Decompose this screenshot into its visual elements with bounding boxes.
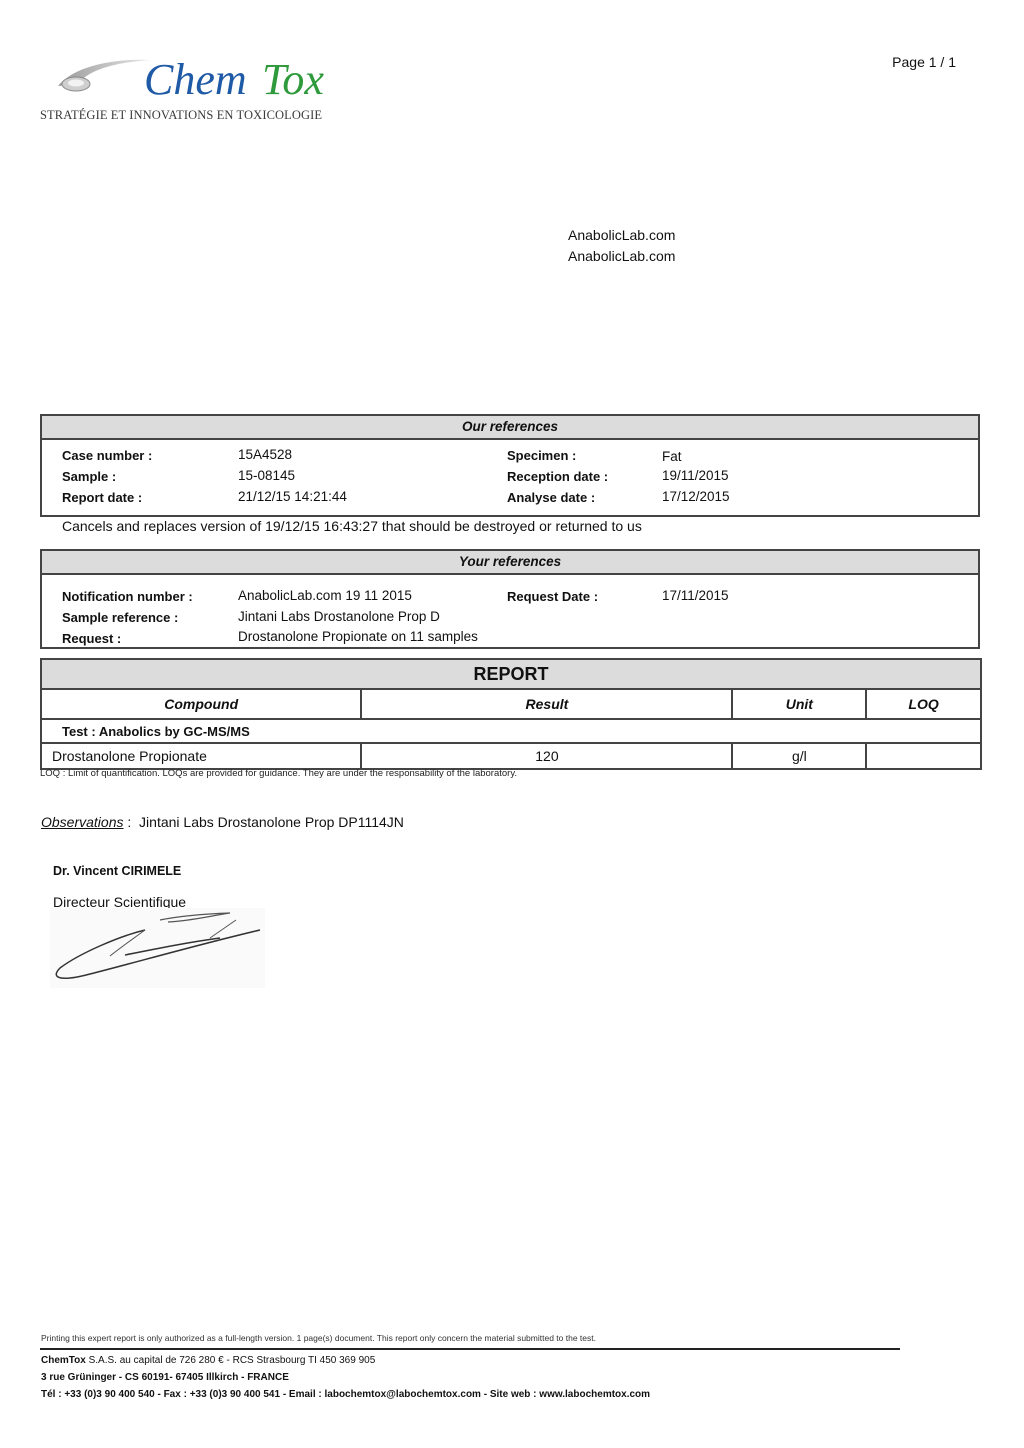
request-label: Request : (62, 631, 121, 646)
analyse-date-value: 17/12/2015 (662, 489, 730, 504)
request-date-value: 17/11/2015 (662, 588, 729, 603)
report-table: REPORT Compound Result Unit LOQ Test : A… (40, 658, 982, 770)
chemtox-logo: Chem Tox STRATÉGIE ET INNOVATIONS EN TOX… (40, 48, 330, 128)
request-value: Drostanolone Propionate on 11 samples (238, 629, 478, 644)
our-references-box: Our references Case number : 15A4528 Sam… (40, 414, 980, 517)
specimen-label: Specimen : (507, 448, 576, 463)
recipient-address: AnabolicLab.com AnabolicLab.com (568, 225, 675, 267)
observations-label: Observations (41, 814, 123, 830)
notification-number-value: AnabolicLab.com 19 11 2015 (238, 588, 412, 603)
your-references-title: Your references (42, 551, 978, 575)
case-number-value: 15A4528 (238, 447, 292, 462)
request-date-label: Request Date : (507, 589, 598, 604)
recipient-line-2: AnabolicLab.com (568, 246, 675, 267)
result-cell: 120 (361, 743, 732, 769)
logo-word-tox: Tox (262, 54, 324, 105)
table-row: Drostanolone Propionate 120 g/l (41, 743, 981, 769)
observations-text: Jintani Labs Drostanolone Prop DP1114JN (139, 814, 404, 830)
report-title: REPORT (41, 659, 981, 689)
footer-disclaimer: Printing this expert report is only auth… (41, 1333, 596, 1343)
logo-word-chem: Chem (144, 54, 247, 105)
sample-value: 15-08145 (238, 468, 295, 483)
reception-date-label: Reception date : (507, 469, 608, 484)
compound-cell: Drostanolone Propionate (41, 743, 361, 769)
footer-company: ChemTox S.A.S. au capital de 726 280 € -… (41, 1355, 375, 1366)
your-references-box: Your references Notification number : An… (40, 549, 980, 649)
analyse-date-label: Analyse date : (507, 490, 595, 505)
footer-address: 3 rue Grüninger - CS 60191- 67405 Illkir… (41, 1372, 289, 1383)
footer-contact: Tél : +33 (0)3 90 400 540 - Fax : +33 (0… (41, 1389, 650, 1400)
sample-label: Sample : (62, 469, 116, 484)
sample-reference-value: Jintani Labs Drostanolone Prop D (238, 609, 440, 624)
report-date-value: 21/12/15 14:21:44 (238, 489, 347, 504)
cancel-notice: Cancels and replaces version of 19/12/15… (62, 518, 642, 534)
specimen-value: Fat (662, 449, 682, 464)
loq-note: LOQ : Limit of quantification. LOQs are … (40, 768, 517, 779)
test-method-row: Test : Anabolics by GC-MS/MS (41, 719, 981, 743)
unit-cell: g/l (732, 743, 866, 769)
swoosh-icon (54, 56, 154, 96)
signature-image (50, 908, 265, 988)
recipient-line-1: AnabolicLab.com (568, 225, 675, 246)
logo-tagline: STRATÉGIE ET INNOVATIONS EN TOXICOLOGIE (40, 108, 322, 123)
case-number-label: Case number : (62, 448, 152, 463)
notification-number-label: Notification number : (62, 589, 193, 604)
footer-divider (40, 1348, 900, 1350)
column-header-compound: Compound (41, 689, 361, 719)
loq-cell (866, 743, 981, 769)
column-header-loq: LOQ (866, 689, 981, 719)
our-references-title: Our references (42, 416, 978, 440)
observations-separator: : (123, 814, 139, 830)
observations: Observations : Jintani Labs Drostanolone… (41, 814, 404, 830)
column-header-unit: Unit (732, 689, 866, 719)
sample-reference-label: Sample reference : (62, 610, 178, 625)
signatory-name: Dr. Vincent CIRIMELE (53, 864, 181, 878)
footer-company-details: S.A.S. au capital de 726 280 € - RCS Str… (86, 1355, 375, 1366)
column-header-result: Result (361, 689, 732, 719)
footer-company-name: ChemTox (41, 1355, 86, 1366)
report-date-label: Report date : (62, 490, 142, 505)
page-number: Page 1 / 1 (892, 54, 956, 70)
reception-date-value: 19/11/2015 (662, 468, 729, 483)
